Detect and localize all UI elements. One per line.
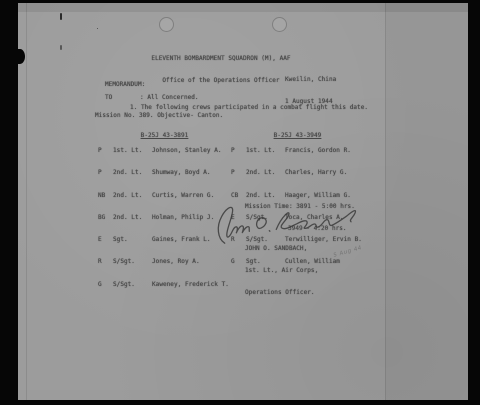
crew-name: Holman, Philip J. bbox=[152, 214, 214, 221]
crew-position: G bbox=[98, 281, 113, 288]
crew-rank: 1st. Lt. bbox=[246, 147, 285, 154]
margin-tick-mark bbox=[60, 13, 62, 20]
crew-row: GS/Sgt.Kaweney, Frederick T. bbox=[98, 281, 229, 288]
typed-signature-title: Operations Officer. bbox=[245, 289, 318, 296]
crew-rank: 2nd. Lt. bbox=[113, 214, 152, 221]
crew-position: E bbox=[98, 236, 113, 243]
microfilm-scan-frame: { "scan": { "paper_color": "#9c9c9c", "i… bbox=[0, 0, 480, 405]
crew-rank: S/Sgt. bbox=[113, 258, 152, 265]
typed-signature-block: JOHN O. SANDBACH, 1st. Lt., Air Corps, O… bbox=[245, 231, 318, 310]
page-fold-shading bbox=[386, 3, 468, 400]
crew-name: Kaweney, Frederick T. bbox=[152, 281, 229, 288]
crew-position: P bbox=[231, 169, 246, 176]
aircraft-serial: B-25J 43-3949 bbox=[274, 132, 322, 139]
crew-name: Francis, Gordon R. bbox=[285, 147, 351, 154]
to-value: : All Concerned. bbox=[140, 94, 199, 101]
crew-position: NB bbox=[98, 192, 113, 199]
crew-name: Shumway, Boyd A. bbox=[152, 169, 211, 176]
to-label: TO bbox=[105, 94, 112, 101]
punch-hole bbox=[272, 17, 287, 32]
crew-rank: 2nd. Lt. bbox=[113, 192, 152, 199]
crew-position: P bbox=[98, 147, 113, 154]
crew-rank: 2nd. Lt. bbox=[246, 169, 285, 176]
crew-row: P1st. Lt.Francis, Gordon R. bbox=[231, 147, 362, 154]
page-left-edge-line bbox=[26, 3, 27, 400]
crew-rank: 2nd. Lt. bbox=[113, 169, 152, 176]
crew-roster-left: B-25J 43-3891 P1st. Lt.Johnson, Stanley … bbox=[98, 125, 229, 303]
dateline-place: Kweilin, China bbox=[285, 76, 336, 83]
crew-rank: S/Sgt. bbox=[113, 281, 152, 288]
crew-position: P bbox=[98, 169, 113, 176]
scanned-memo-page: ELEVENTH BOMBARDMENT SQUADRON (M), AAF O… bbox=[18, 3, 468, 400]
crew-row: NB2nd. Lt.Curtis, Warren G. bbox=[98, 192, 229, 199]
typed-signature-name: JOHN O. SANDBACH, bbox=[245, 245, 318, 252]
crew-rank: 1st. Lt. bbox=[113, 147, 152, 154]
typed-signature-rank: 1st. Lt., Air Corps, bbox=[245, 267, 318, 274]
aircraft-serial: B-25J 43-3891 bbox=[141, 132, 189, 139]
crew-position: P bbox=[231, 147, 246, 154]
crew-row: P2nd. Lt.Shumway, Boyd A. bbox=[98, 169, 229, 176]
crew-row: BG2nd. Lt.Holman, Philip J. bbox=[98, 214, 229, 221]
crew-row: P1st. Lt.Johnson, Stanley A. bbox=[98, 147, 229, 154]
punch-hole bbox=[159, 17, 174, 32]
crew-name: Gaines, Frank L. bbox=[152, 236, 211, 243]
crew-rank: Sgt. bbox=[113, 236, 152, 243]
crew-name: Curtis, Warren G. bbox=[152, 192, 214, 199]
body-paragraph-line2: Mission No. 389. Objective- Canton. bbox=[95, 112, 223, 119]
crew-position: CB bbox=[231, 192, 246, 199]
paper-speck bbox=[97, 28, 98, 29]
crew-row: P2nd. Lt.Charles, Harry G. bbox=[231, 169, 362, 176]
scan-edge-blot bbox=[15, 49, 25, 64]
body-paragraph-line1: 1. The following crews participated in a… bbox=[130, 104, 368, 111]
crew-name: Charles, Harry G. bbox=[285, 169, 347, 176]
memorandum-label: MEMORANDUM: bbox=[105, 81, 145, 88]
crew-position: BG bbox=[98, 214, 113, 221]
crew-row: RS/Sgt.Jones, Roy A. bbox=[98, 258, 229, 265]
crew-position: R bbox=[98, 258, 113, 265]
crew-name: Jones, Roy A. bbox=[152, 258, 200, 265]
margin-tick-mark bbox=[60, 45, 62, 50]
page-fold-line bbox=[385, 3, 386, 400]
crew-position: G bbox=[231, 258, 246, 265]
crew-row: ESgt.Gaines, Frank L. bbox=[98, 236, 229, 243]
crew-name: Johnson, Stanley A. bbox=[152, 147, 222, 154]
